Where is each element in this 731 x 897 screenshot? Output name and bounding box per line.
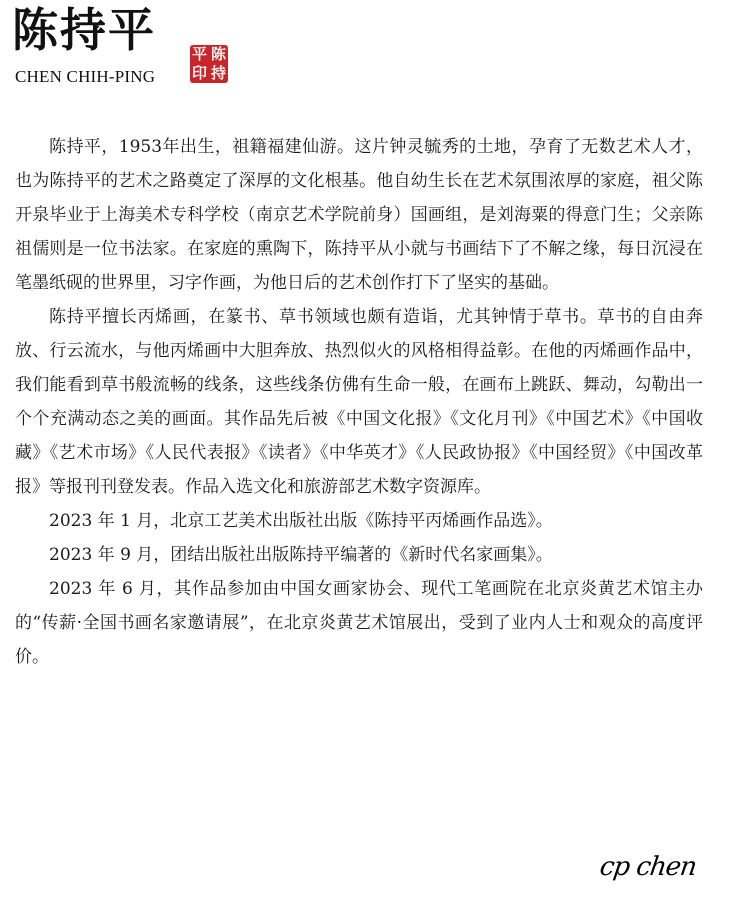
biography-body: 陈持平，1953年出生，祖籍福建仙游。这片钟灵毓秀的土地，孕育了无数艺术人才，也… <box>15 130 703 674</box>
paragraph-publication-1: 2023 年 1 月，北京工艺美术出版社出版《陈持平丙烯画作品选》。 <box>15 504 703 538</box>
seal-character: 持 <box>209 64 228 83</box>
paragraph-publication-2: 2023 年 9 月，团结出版社出版陈持平编著的《新时代名家画集》。 <box>15 538 703 572</box>
paragraph-exhibition: 2023 年 6 月，其作品参加由中国女画家协会、现代工笔画院在北京炎黄艺术馆主… <box>15 572 703 674</box>
seal-stamp-icon: 平 陈 印 持 <box>190 45 228 83</box>
paragraph-style: 陈持平擅长丙烯画，在篆书、草书领域也颇有造诣，尤其钟情于草书。草书的自由奔放、行… <box>15 300 703 504</box>
page-title: 陈持平 <box>12 2 156 58</box>
signature: cp chen <box>598 852 698 882</box>
seal-character: 平 <box>190 45 209 64</box>
english-name: CHEN CHIH-PING <box>15 66 155 88</box>
seal-character: 印 <box>190 64 209 83</box>
seal-character: 陈 <box>209 45 228 64</box>
paragraph-background: 陈持平，1953年出生，祖籍福建仙游。这片钟灵毓秀的土地，孕育了无数艺术人才，也… <box>15 130 703 300</box>
